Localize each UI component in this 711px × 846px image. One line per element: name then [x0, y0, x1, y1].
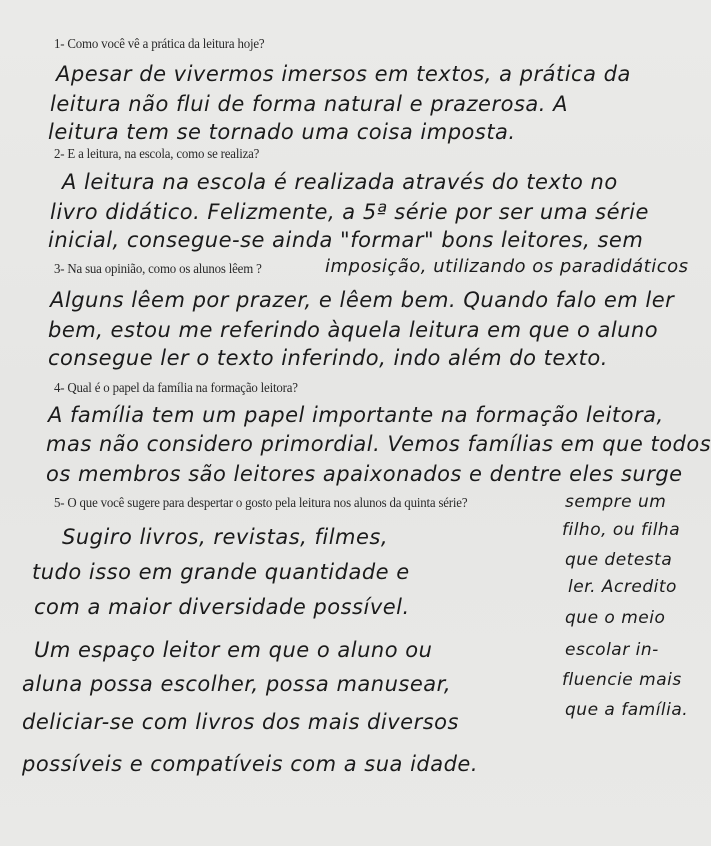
answer-2-line-1: A leitura na escola é realizada através …: [62, 170, 618, 194]
question-3-prompt: 3- Na sua opinião, como os alunos lêem ?: [54, 262, 262, 278]
answer-1-line-1: Apesar de vivermos imersos em textos, a …: [56, 62, 631, 86]
answer-4-cont-line-5: que o meio: [565, 608, 665, 628]
answer-5-line-4: Um espaço leitor em que o aluno ou: [34, 638, 432, 662]
answer-4-cont-line-7: fluencie mais: [562, 670, 682, 690]
question-5-prompt: 5- O que você sugere para despertar o go…: [54, 496, 467, 512]
answer-2-line-3: inicial, consegue-se ainda "formar" bons…: [48, 228, 643, 252]
question-2-prompt: 2- E a leitura, na escola, como se reali…: [54, 147, 259, 163]
answer-5-line-3: com a maior diversidade possível.: [34, 595, 410, 619]
answer-3-line-1: Alguns lêem por prazer, e lêem bem. Quan…: [50, 288, 674, 312]
answer-5-line-1: Sugiro livros, revistas, filmes,: [62, 525, 388, 549]
answer-3-line-3: consegue ler o texto inferindo, indo alé…: [48, 346, 608, 370]
answer-4-line-2: mas não considero primordial. Vemos famí…: [46, 432, 711, 456]
answer-4-line-1: A família tem um papel importante na for…: [48, 403, 664, 427]
answer-4-cont-line-1: sempre um: [565, 492, 666, 512]
answer-4-line-3: os membros são leitores apaixonados e de…: [46, 462, 683, 486]
answer-3-line-2: bem, estou me referindo àquela leitura e…: [48, 318, 658, 342]
answer-5-line-2: tudo isso em grande quantidade e: [32, 560, 410, 584]
answer-4-cont-line-3: que detesta: [565, 550, 672, 570]
answer-2-line-4: imposição, utilizando os paradidáticos: [325, 256, 688, 277]
answer-5-line-6: deliciar-se com livros dos mais diversos: [22, 710, 459, 734]
answer-4-cont-line-2: filho, ou filha: [562, 520, 680, 540]
answer-4-cont-line-8: que a família.: [565, 700, 688, 720]
answer-4-cont-line-4: ler. Acredito: [568, 577, 677, 597]
answer-5-line-7: possíveis e compatíveis com a sua idade.: [22, 752, 478, 776]
answer-1-line-3: leitura tem se tornado uma coisa imposta…: [48, 120, 516, 144]
question-4-prompt: 4- Qual é o papel da família na formação…: [54, 381, 298, 397]
question-1-prompt: 1- Como você vê a prática da leitura hoj…: [54, 37, 264, 53]
answer-1-line-2: leitura não flui de forma natural e praz…: [50, 92, 568, 116]
answer-2-line-2: livro didático. Felizmente, a 5ª série p…: [50, 200, 649, 224]
scanned-questionnaire-page: 1- Como você vê a prática da leitura hoj…: [0, 0, 711, 846]
answer-4-cont-line-6: escolar in-: [565, 640, 659, 660]
answer-5-line-5: aluna possa escolher, possa manusear,: [22, 672, 451, 696]
